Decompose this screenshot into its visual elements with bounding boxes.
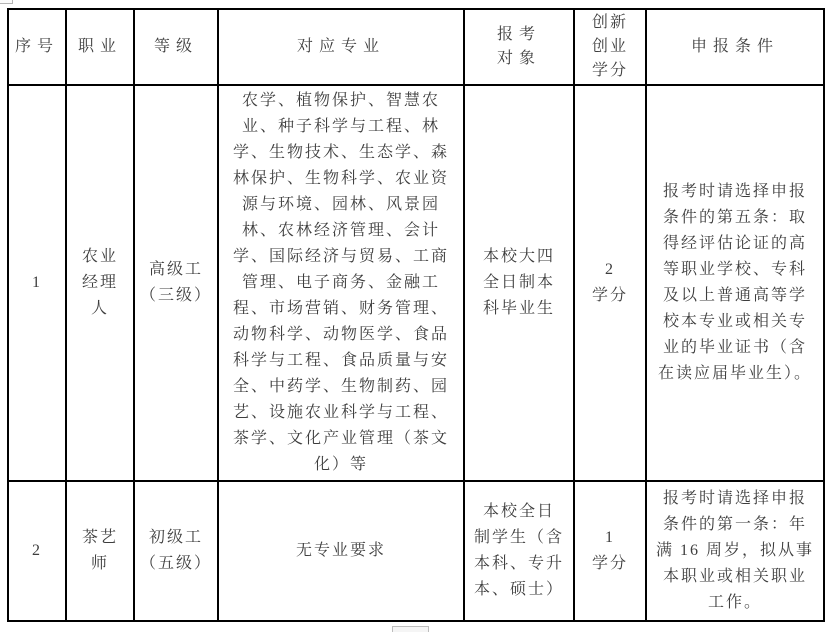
- cell-row1-level: 高级工 （三级）: [134, 85, 218, 481]
- header-cell-occupation: 职业: [66, 9, 134, 85]
- cell-row2-credits: 1 学分: [574, 481, 646, 621]
- cell-row1-conditions: 报考时请选择申报条件的第五条：取得经评估论证的高等职业学校、专科及以上普通高等学…: [646, 85, 824, 481]
- cell-row2-level: 初级工 （五级）: [134, 481, 218, 621]
- cell-row2-target: 本校全日 制学生（含 本科、专升 本、硕士）: [464, 481, 574, 621]
- cell-row1-occupation: 农业 经理 人: [66, 85, 134, 481]
- header-cell-level: 等级: [134, 9, 218, 85]
- header-cell-conditions: 申报条件: [646, 9, 824, 85]
- header-cell-no: 序号: [8, 9, 66, 85]
- vocational-qualification-table: 序号 职业 等级 对应专业 报考 对象 创新 创业 学分 申报条件 1 农业 经…: [7, 8, 825, 622]
- cell-row1-target: 本校大四 全日制本 科毕业生: [464, 85, 574, 481]
- table-row: 1 农业 经理 人 高级工 （三级） 农学、植物保护、智慧农业、种子科学与工程、…: [8, 85, 824, 481]
- cropped-ui-corner-fragment: [0, 0, 13, 4]
- header-cell-credits: 创新 创业 学分: [574, 9, 646, 85]
- cell-row1-credits: 2 学分: [574, 85, 646, 481]
- cell-row1-majors: 农学、植物保护、智慧农业、种子科学与工程、林学、生物技术、生态学、森林保护、生物…: [218, 85, 464, 481]
- cell-row2-conditions: 报考时请选择申报条件的第一条：年满 16 周岁，拟从事本职业或相关职业工作。: [646, 481, 824, 621]
- header-cell-target: 报考 对象: [464, 9, 574, 85]
- document-page: 序号 职业 等级 对应专业 报考 对象 创新 创业 学分 申报条件 1 农业 经…: [0, 0, 826, 632]
- cell-row2-majors: 无专业要求: [218, 481, 464, 621]
- cell-row2-occupation: 茶艺 师: [66, 481, 134, 621]
- table-row: 2 茶艺 师 初级工 （五级） 无专业要求 本校全日 制学生（含 本科、专升 本…: [8, 481, 824, 621]
- cell-row1-no: 1: [8, 85, 66, 481]
- header-cell-majors: 对应专业: [218, 9, 464, 85]
- cell-row2-no: 2: [8, 481, 66, 621]
- header-row: 序号 职业 等级 对应专业 报考 对象 创新 创业 学分 申报条件: [8, 9, 824, 85]
- horizontal-scrollbar-fragment[interactable]: [392, 626, 429, 632]
